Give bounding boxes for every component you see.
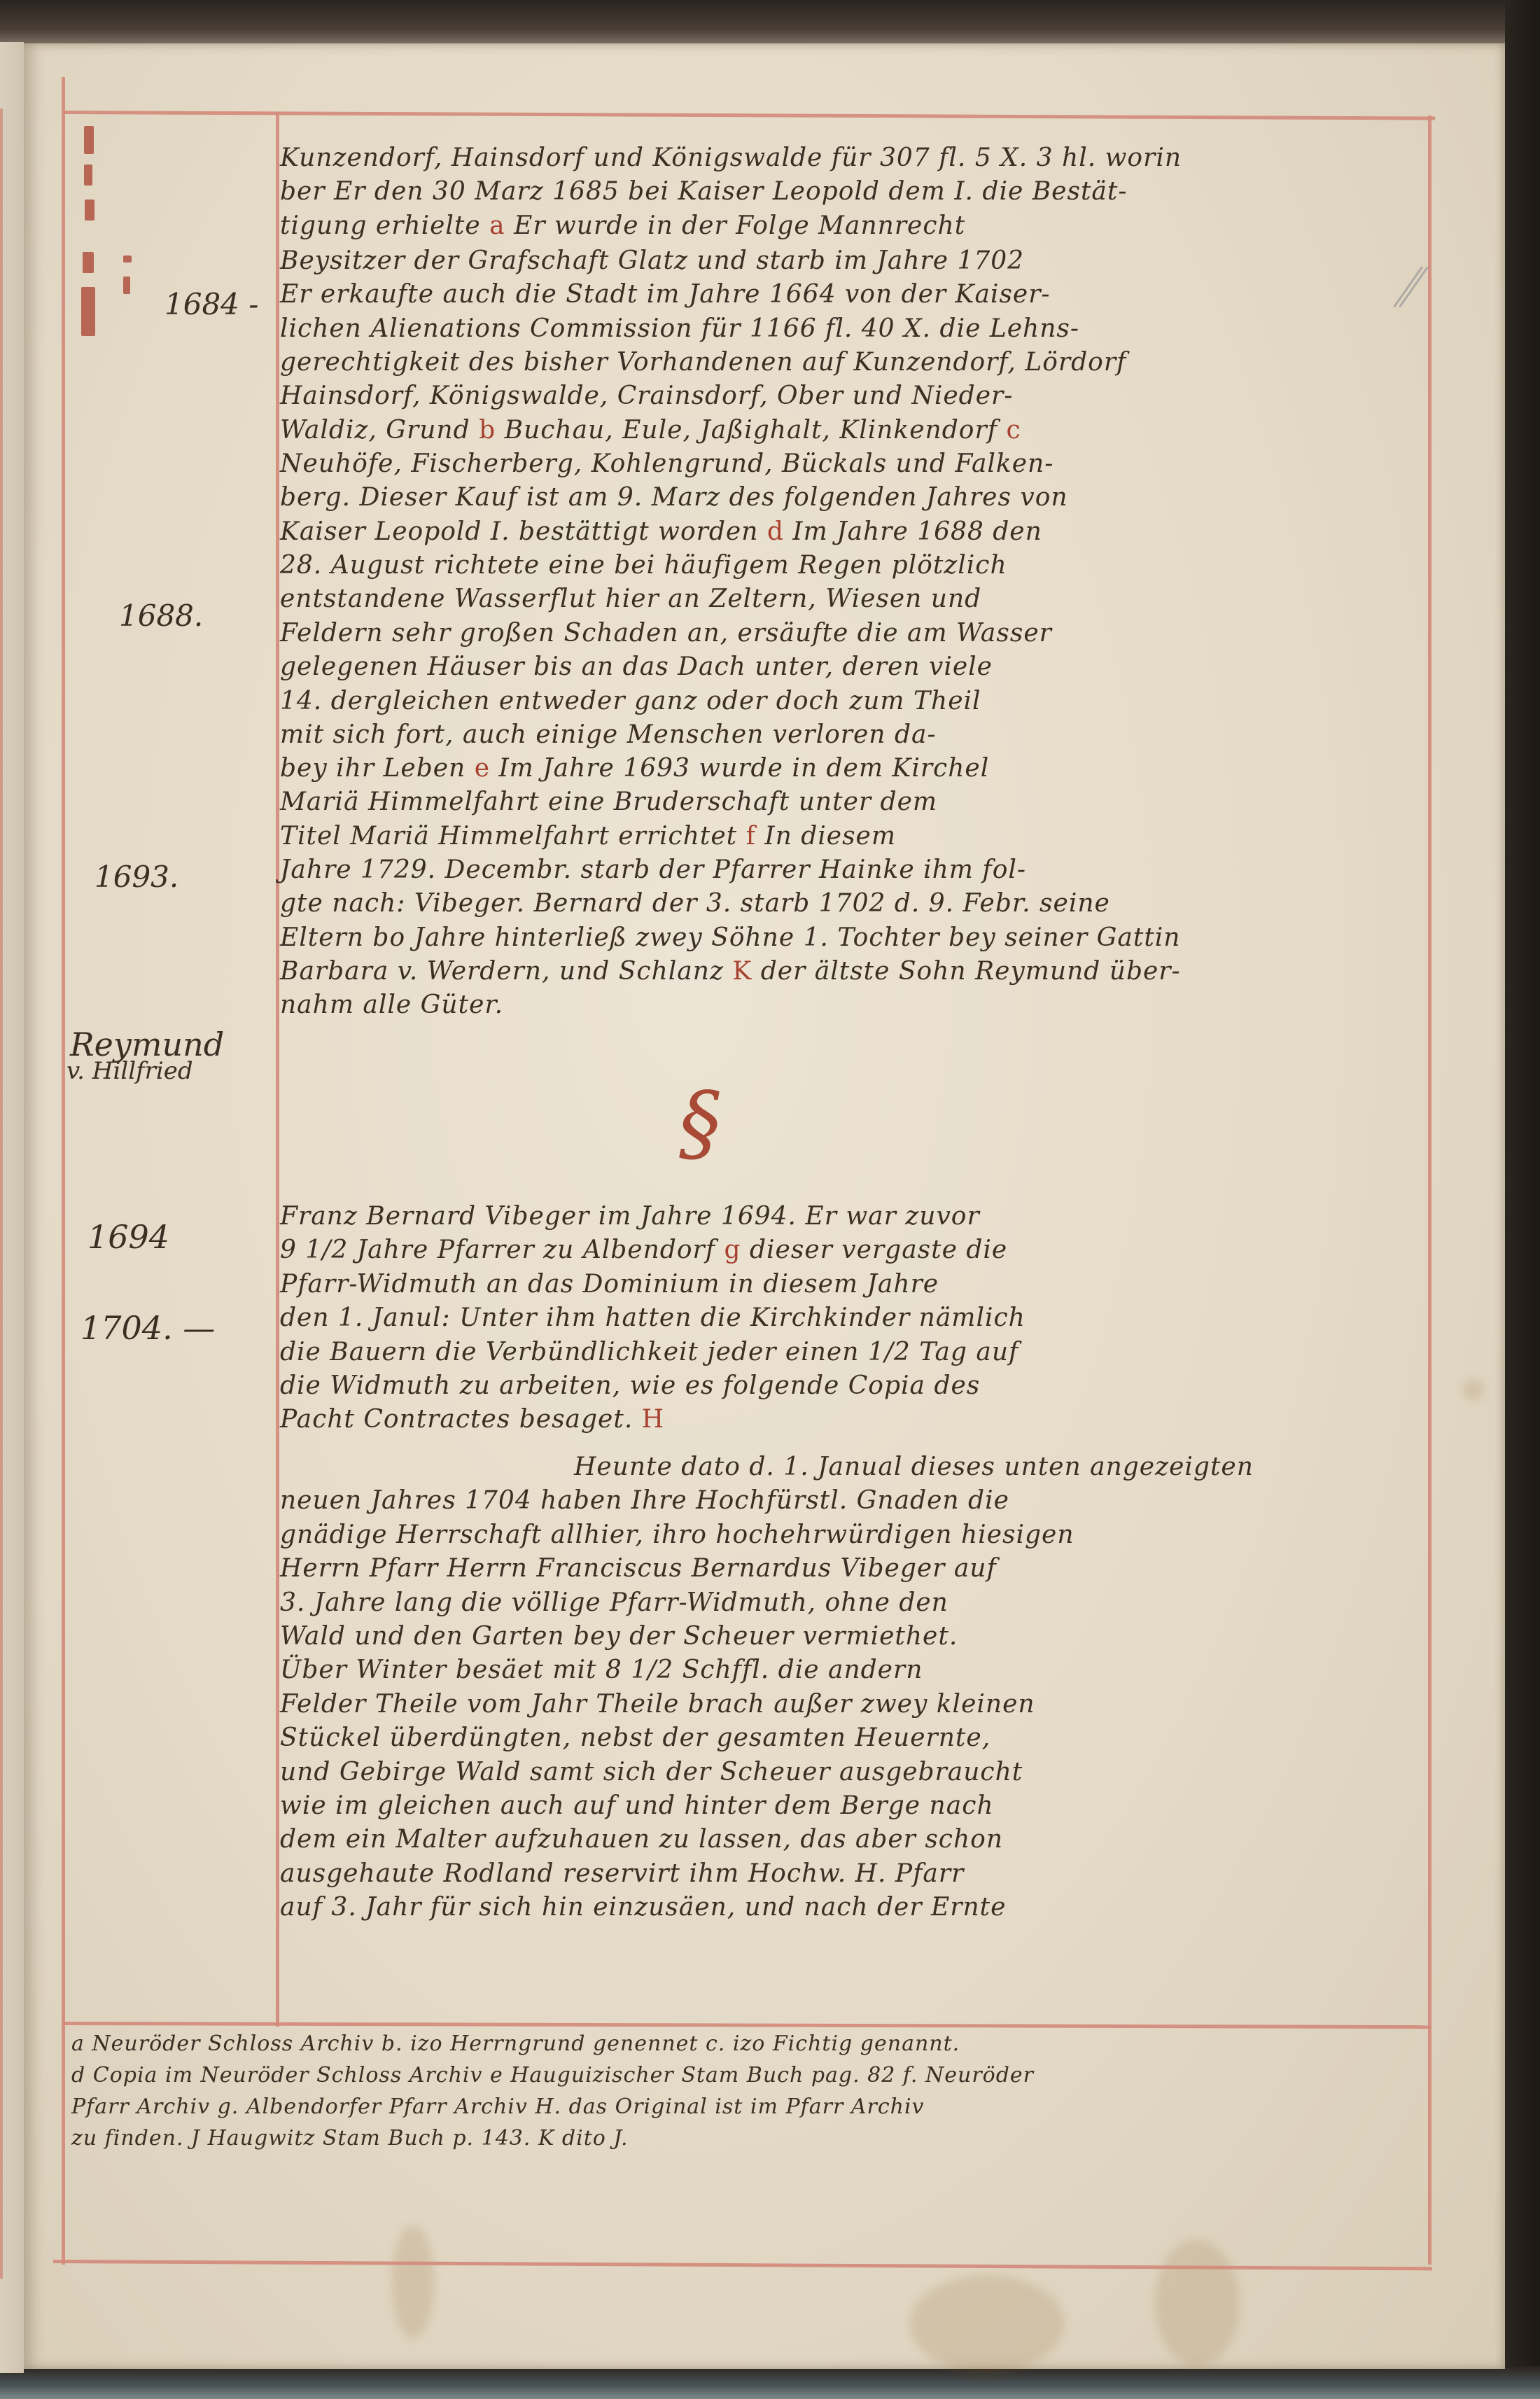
text-line: und Gebirge Wald samt sich der Scheuer a…	[280, 1760, 1023, 1785]
frame-right-rule	[1428, 116, 1431, 2265]
footnote-marker-g: g	[724, 1236, 741, 1264]
footnote-marker-f: f	[746, 822, 756, 851]
red-ink-blot	[123, 256, 132, 263]
text-line: gerechtigkeit des bisher Vorhandenen auf…	[280, 350, 1126, 375]
text-line: Waldiz, Grund b Buchau, Eule, Jaßighalt,…	[280, 418, 1021, 443]
text-line: ber Er den 30 Marz 1685 bei Kaiser Leopo…	[280, 179, 1128, 204]
frame-left-rule	[62, 77, 65, 2265]
red-ink-blot	[81, 287, 95, 336]
book-cover-bottom	[0, 2366, 1540, 2399]
text-line: Kaiser Leopold I. bestättigt worden d Im…	[280, 519, 1042, 545]
text-line: berg. Dieser Kauf ist am 9. Marz des fol…	[280, 485, 1068, 510]
text-line: Neuhöfe, Fischerberg, Kohlengrund, Bücka…	[280, 452, 1053, 477]
text-line: Franz Bernard Vibeger im Jahre 1694. Er …	[280, 1204, 980, 1229]
text-line: 3. Jahre lang die völlige Pfarr-Widmuth,…	[280, 1590, 948, 1616]
text-line: neuen Jahres 1704 haben Ihre Hochfürstl.…	[280, 1488, 1009, 1513]
footnote-marker-e: e	[475, 754, 490, 783]
text-line: Kunzendorf, Hainsdorf und Königswalde fü…	[280, 146, 1182, 171]
previous-page-ruling	[0, 109, 3, 2279]
water-stain	[1155, 2240, 1239, 2366]
red-ink-blot	[84, 126, 94, 154]
text-line: Er erkaufte auch die Stadt im Jahre 1664…	[280, 282, 1051, 307]
text-line: tigung erhielte a Er wurde in der Folge …	[280, 214, 965, 239]
text-line: die Widmuth zu arbeiten, wie es folgende…	[280, 1373, 980, 1399]
text-line: ausgehaute Rodland reservirt ihm Hochw. …	[280, 1861, 964, 1887]
margin-year-1688: 1688.	[119, 599, 203, 633]
margin-column-rule	[276, 112, 279, 2027]
text-line: Heunte dato d. 1. Janual dieses unten an…	[574, 1455, 1254, 1480]
red-ink-blot	[85, 200, 94, 221]
text-line: Eltern bo Jahre hinterließ zwey Söhne 1.…	[280, 925, 1180, 951]
text-line: Wald und den Garten bey der Scheuer verm…	[280, 1624, 958, 1649]
text-line: Beysitzer der Grafschaft Glatz und starb…	[280, 249, 1024, 274]
red-ink-blot	[123, 277, 130, 294]
margin-year-1704: 1704. —	[80, 1309, 215, 1347]
text-line: Titel Mariä Himmelfahrt errichtet f In d…	[280, 824, 896, 849]
text-line: Pfarr-Widmuth an das Dominium in diesem …	[280, 1272, 939, 1297]
book-cover-top	[0, 0, 1540, 49]
text-line: Pacht Contractes besaget. H	[280, 1407, 664, 1432]
text-line: Felder Theile vom Jahr Theile brach auße…	[280, 1692, 1035, 1717]
text-line: bey ihr Leben e Im Jahre 1693 wurde in d…	[280, 756, 989, 781]
text-line: lichen Alienations Commission für 1166 f…	[280, 316, 1079, 342]
book-cover-right	[1505, 0, 1540, 2399]
text-line: 14. dergleichen entweder ganz oder doch …	[280, 689, 981, 714]
footnote-marker-k: K	[732, 957, 752, 986]
section-sign: §	[679, 1075, 721, 1172]
text-line: gelegenen Häuser bis an das Dach unter, …	[280, 655, 993, 680]
spot-stain	[1463, 1379, 1484, 1400]
footnote-marker-c: c	[1006, 416, 1021, 445]
margin-year-1694: 1694	[87, 1218, 169, 1256]
footnote-marker-a: a	[489, 211, 505, 240]
red-ink-blot	[83, 252, 94, 273]
footnote-line: zu finden. J Haugwitz Stam Buch p. 143. …	[71, 2128, 629, 2149]
text-line: Herrn Pfarr Herrn Franciscus Bernardus V…	[280, 1556, 997, 1581]
text-line: Feldern sehr großen Schaden an, ersäufte…	[280, 621, 1052, 646]
text-line: 28. August richtete eine bei häufigem Re…	[280, 553, 1007, 578]
text-line: gte nach: Vibeger. Bernard der 3. starb …	[280, 891, 1110, 916]
text-line: Barbara v. Werdern, und Schlanz K der äl…	[280, 959, 1181, 984]
text-line: Stückel überdüngten, nebst der gesamten …	[280, 1726, 990, 1751]
text-line: die Bauern die Verbündlichkeit jeder ein…	[280, 1340, 1018, 1365]
text-line: Hainsdorf, Königswalde, Crainsdorf, Ober…	[280, 384, 1013, 409]
footnote-line: a Neuröder Schloss Archiv b. izo Herrngr…	[71, 2034, 960, 2055]
margin-name-hillfried: v. Hillfried	[66, 1057, 193, 1085]
text-line: mit sich fort, auch einige Menschen verl…	[280, 722, 937, 748]
text-line: entstandene Wasserflut hier an Zeltern, …	[280, 587, 981, 612]
water-stain	[910, 2275, 1064, 2373]
footnote-marker-h: H	[642, 1405, 664, 1434]
text-line: auf 3. Jahr für sich hin einzusäen, und …	[280, 1895, 1006, 1920]
footnote-marker-d: d	[767, 517, 784, 546]
red-ink-blot	[84, 165, 92, 186]
text-line: 9 1/2 Jahre Pfarrer zu Albendorf g diese…	[280, 1238, 1007, 1263]
text-line: nahm alle Güter.	[280, 993, 503, 1018]
margin-year-1684: 1684 -	[164, 287, 258, 321]
footnote-marker-b: b	[479, 416, 496, 445]
text-line: Jahre 1729. Decembr. starb der Pfarrer H…	[280, 858, 1026, 883]
footnote-line: Pfarr Archiv g. Albendorfer Pfarr Archiv…	[71, 2097, 925, 2118]
text-line: gnädige Herrschaft allhier, ihro hochehr…	[280, 1523, 1074, 1548]
margin-year-1693: 1693.	[94, 860, 178, 894]
text-line: Mariä Himmelfahrt eine Bruderschaft unte…	[280, 790, 937, 815]
footnote-line: d Copia im Neuröder Schloss Archiv e Hau…	[71, 2065, 1034, 2086]
text-line: dem ein Malter aufzuhauen zu lassen, das…	[280, 1827, 1003, 1852]
water-stain	[392, 2226, 434, 2338]
text-line: wie im gleichen auch auf und hinter dem …	[280, 1793, 994, 1819]
text-line: den 1. Janul: Unter ihm hatten die Kirch…	[280, 1306, 1025, 1331]
text-line: Über Winter besäet mit 8 1/2 Schffl. die…	[280, 1658, 923, 1683]
previous-page-edge	[0, 42, 24, 2373]
